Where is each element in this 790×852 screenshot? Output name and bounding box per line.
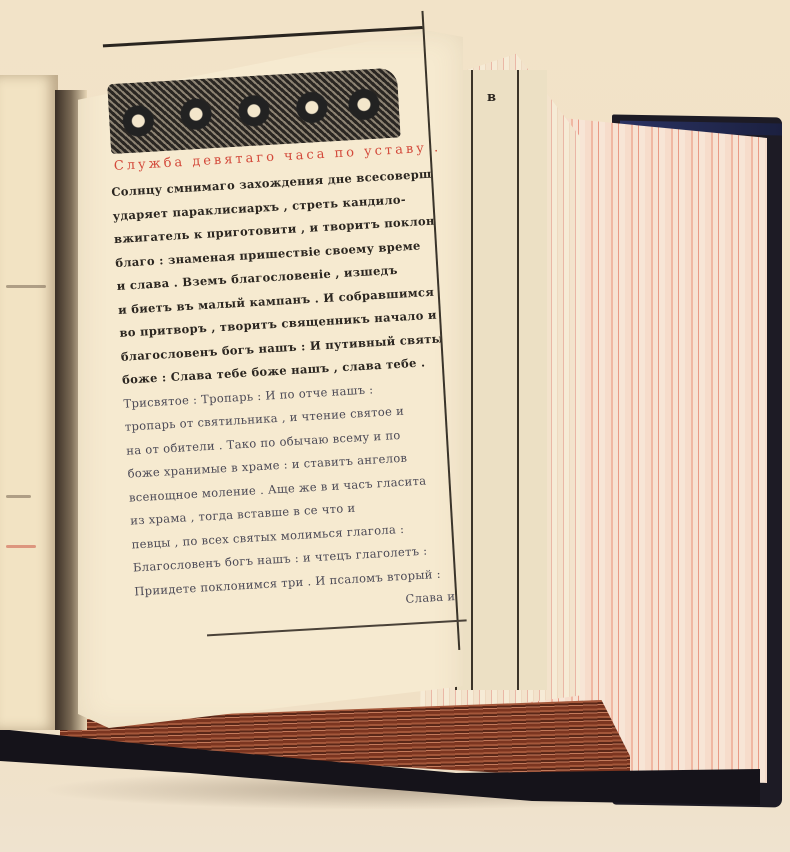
handwritten-mark [6,545,36,548]
bottom-rule [207,619,467,636]
page-content: Служба девятаго часа по уставу . Солнцу … [92,10,478,669]
page-text: Солнцу смнимаго захождения дне всесоверш… [111,163,456,627]
folio-number: в [487,90,496,105]
handwritten-mark [6,285,46,288]
left-page [0,75,58,730]
floral-headpiece-ornament [107,68,401,155]
page-border-rule [517,70,519,690]
top-rule [103,26,423,47]
handwritten-mark [6,495,31,498]
